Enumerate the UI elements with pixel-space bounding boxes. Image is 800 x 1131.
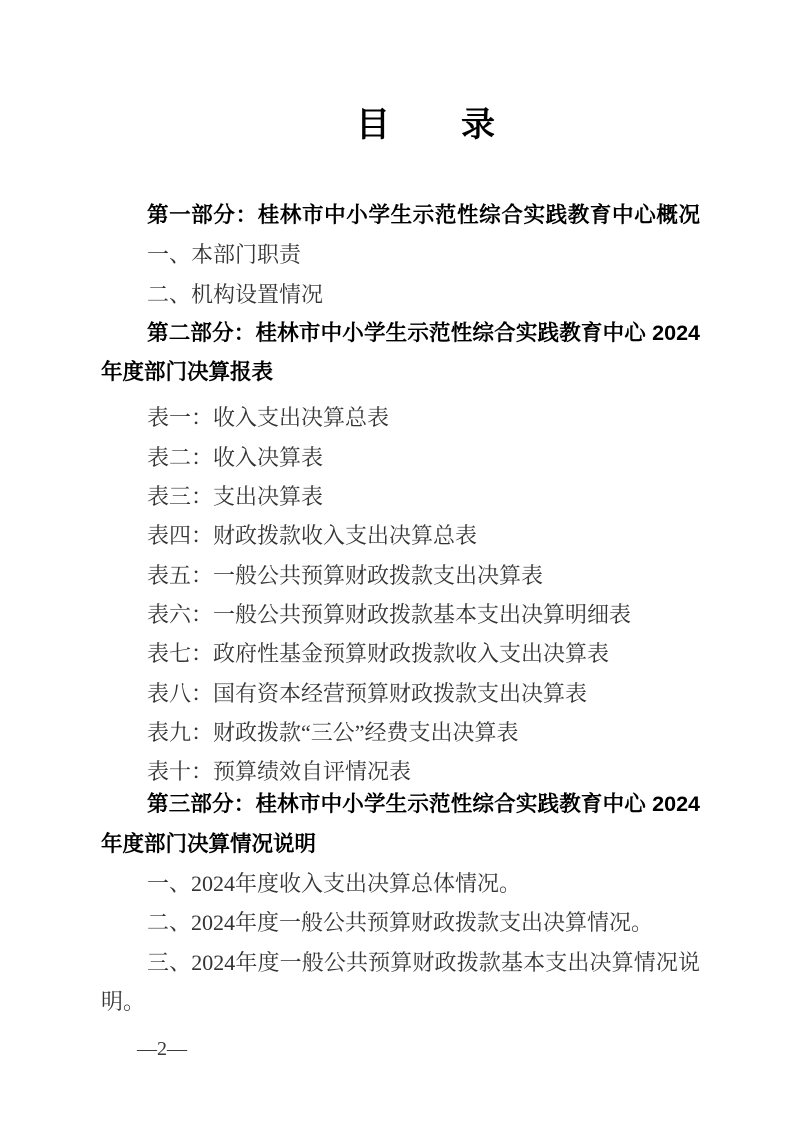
table-of-contents: 第一部分：桂林市中小学生示范性综合实践教育中心概况 一、本部门职责 二、机构设置… [101,196,700,1021]
toc-part3-item-3-line1: 三、2024年度一般公共预算财政拨款基本支出决算情况说 [101,943,700,982]
page-number: —2— [137,1038,187,1061]
toc-part2-heading-line2: 年度部门决算报表 [101,353,700,392]
document-page: 目 录 第一部分：桂林市中小学生示范性综合实践教育中心概况 一、本部门职责 二、… [0,0,800,1131]
toc-table-entry-5: 表五：一般公共预算财政拨款支出决算表 [101,556,700,595]
toc-part1-heading: 第一部分：桂林市中小学生示范性综合实践教育中心概况 [101,196,700,235]
toc-part1-item-1: 一、本部门职责 [101,235,700,274]
toc-part2-heading-line1: 第二部分：桂林市中小学生示范性综合实践教育中心 2024 [101,314,700,353]
toc-table-entry-7: 表七：政府性基金预算财政拨款收入支出决算表 [101,634,700,673]
toc-part3-item-2: 二、2024年度一般公共预算财政拨款支出决算情况。 [101,903,700,942]
toc-table-entry-2: 表二：收入决算表 [101,438,700,477]
toc-part3-heading-line1: 第三部分：桂林市中小学生示范性综合实践教育中心 2024 [101,785,700,824]
toc-table-entry-3: 表三：支出决算表 [101,477,700,516]
toc-part3-item-3-line2: 明。 [101,982,700,1021]
toc-table-entry-4: 表四：财政拨款收入支出决算总表 [101,516,700,555]
page-title: 目 录 [26,103,800,147]
toc-table-entry-9: 表九：财政拨款“三公”经费支出决算表 [101,713,700,752]
toc-table-entry-8: 表八：国有资本经营预算财政拨款支出决算表 [101,674,700,713]
toc-part3-heading-line2: 年度部门决算情况说明 [101,825,700,864]
toc-part1-item-2: 二、机构设置情况 [101,275,700,314]
toc-table-entry-6: 表六：一般公共预算财政拨款基本支出决算明细表 [101,595,700,634]
toc-table-entry-1: 表一：收入支出决算总表 [101,398,700,437]
toc-part2-table-list: 表一：收入支出决算总表 表二：收入决算表 表三：支出决算表 表四：财政拨款收入支… [101,398,700,791]
toc-part3-item-1: 一、2024年度收入支出决算总体情况。 [101,864,700,903]
